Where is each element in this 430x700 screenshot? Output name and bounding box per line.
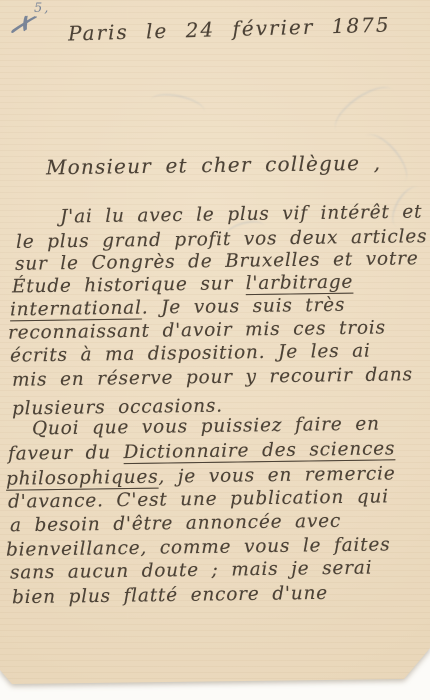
dateline: Paris le 24 février 1875 bbox=[68, 13, 391, 46]
line-text: a besoin d'être annoncée avec bbox=[10, 511, 341, 537]
line-text: sans aucun doute ; mais je serai bbox=[10, 557, 373, 583]
line-text-underlined: Dictionnaire des sciences bbox=[123, 438, 395, 463]
letter-line-1: J'ai lu avec le plus vif intérêt et bbox=[60, 201, 423, 227]
letter-line-14: a besoin d'être annoncée avec bbox=[10, 511, 341, 537]
letter-photo: ✗ 5, Paris le 24 février 1875 Monsieur e… bbox=[0, 0, 430, 700]
letter-line-3: sur le Congrès de Bruxelles et votre bbox=[15, 248, 419, 275]
salutation: Monsieur et cher collègue , bbox=[46, 151, 382, 180]
letter-line-11: faveur du Dictionnaire des sciences bbox=[8, 438, 395, 464]
letter-line-10: Quoi que vous puissiez faire en bbox=[32, 414, 380, 440]
letter-line-7: écrits à ma disposition. Je les ai bbox=[10, 340, 371, 366]
letter-line-4: Étude historique sur l'arbitrage bbox=[12, 272, 354, 298]
letter-line-13: d'avance. C'est une publication qui bbox=[8, 486, 389, 512]
collector-mark-symbol-icon: ✗ bbox=[5, 9, 37, 42]
letter-line-5: international. Je vous suis très bbox=[10, 295, 346, 321]
letter-line-15: bienveillance, comme vous le faites bbox=[6, 534, 391, 560]
line-text: sur le Congrès de Bruxelles et votre bbox=[15, 248, 419, 275]
letter-line-17: bien plus flatté encore d'une bbox=[12, 583, 328, 608]
ink-bleedthrough bbox=[148, 90, 206, 123]
line-text-underlined: philosophiques bbox=[6, 467, 159, 490]
ink-bleedthrough bbox=[327, 78, 403, 144]
line-text: faveur du bbox=[8, 442, 124, 465]
line-text: mis en réserve pour y recourir dans bbox=[12, 364, 413, 391]
line-text-underlined: international bbox=[10, 298, 142, 321]
line-text: . Je vous suis très bbox=[142, 295, 346, 319]
letter-line-16: sans aucun doute ; mais je serai bbox=[10, 557, 373, 583]
line-text: Étude historique sur bbox=[12, 273, 246, 297]
letter-line-12: philosophiques, je vous en remercie bbox=[6, 463, 396, 489]
line-text: J'ai lu avec le plus vif intérêt et bbox=[60, 201, 423, 227]
line-text: Quoi que vous puissiez faire en bbox=[32, 414, 380, 440]
line-text: d'avance. C'est une publication qui bbox=[8, 486, 389, 512]
line-text: reconnaissant d'avoir mis ces trois bbox=[8, 317, 386, 343]
line-text: bienveillance, comme vous le faites bbox=[6, 534, 391, 560]
letter-page: ✗ 5, Paris le 24 février 1875 Monsieur e… bbox=[0, 0, 430, 700]
letter-line-8: mis en réserve pour y recourir dans bbox=[12, 364, 413, 391]
line-text: écrits à ma disposition. Je les ai bbox=[10, 340, 371, 366]
line-text: bien plus flatté encore d'une bbox=[12, 583, 328, 608]
collector-mark-number: 5, bbox=[34, 1, 50, 16]
line-text: , je vous en remercie bbox=[158, 463, 395, 487]
letter-line-6: reconnaissant d'avoir mis ces trois bbox=[8, 317, 386, 343]
line-text-underlined: l'arbitrage bbox=[246, 272, 354, 294]
